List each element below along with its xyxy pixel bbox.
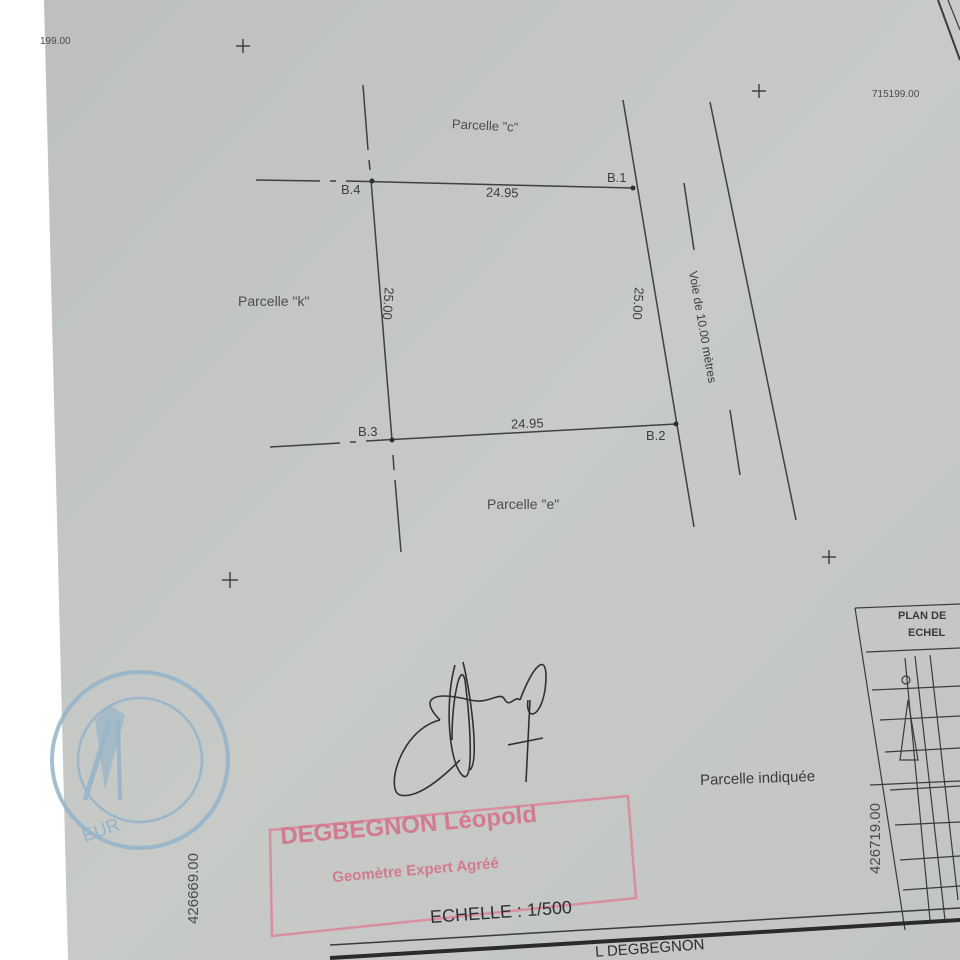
inset-title-line2: ECHEL bbox=[908, 627, 945, 639]
coordinate-bottom-left: 426669.00 bbox=[185, 853, 202, 924]
marker-b2: B.2 bbox=[646, 428, 666, 443]
marker-b1: B.1 bbox=[607, 170, 627, 185]
coordinate-bottom-right: 426719.00 bbox=[867, 803, 884, 874]
inset-title-line1: PLAN DE bbox=[898, 610, 946, 622]
parcel-label-e: Parcelle "e" bbox=[487, 496, 559, 512]
marker-b4: B.4 bbox=[341, 182, 361, 197]
coordinate-top-right: 715199.00 bbox=[872, 89, 919, 100]
dimension-right: 25.00 bbox=[630, 287, 647, 321]
dimension-left: 25.00 bbox=[380, 287, 397, 321]
parcel-label-k: Parcelle "k" bbox=[238, 293, 309, 309]
coordinate-top-left: 199.00 bbox=[40, 36, 71, 47]
dimension-bottom: 24.95 bbox=[511, 415, 544, 431]
dimension-top: 24.95 bbox=[486, 185, 519, 201]
marker-b3: B.3 bbox=[358, 424, 378, 439]
